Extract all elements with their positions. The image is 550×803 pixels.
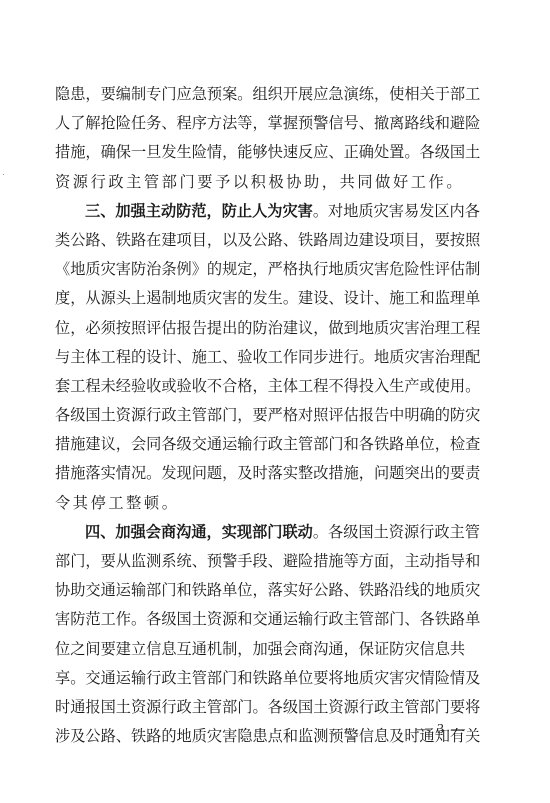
- scan-speck: [3, 174, 4, 175]
- text-line: 《地质灾害防治条例》的规定，严格执行地质灾害危险性评估制: [55, 255, 461, 284]
- text-line: 措施，确保一旦发生险情，能够快速反应、正确处置。各级国土: [55, 138, 461, 167]
- text-line: 位，必须按照评估报告提出的防治建议，做到地质灾害治理工程: [55, 314, 461, 343]
- text-line: 协助交通运输部门和铁路单位，落实好公路、铁路沿线的地质灾: [55, 576, 461, 605]
- text-line: 类公路、铁路在建项目，以及公路、铁路周边建设项目，要按照: [55, 226, 461, 255]
- document-page: 隐患，要编制专门应急预案。组织开展应急演练，使相关于部工 人了解抢险任务、程序方…: [0, 0, 550, 803]
- text-line: 令其停工整顿。: [55, 489, 461, 518]
- text-line: 隐患，要编制专门应急预案。组织开展应急演练，使相关于部工: [55, 80, 461, 109]
- text-line: 时通报国土资源行政主管部门。各级国土资源行政主管部门要将: [55, 693, 461, 722]
- section-3-first-line: 三、加强主动防范，防止人为灾害。对地质灾害易发区内各: [55, 197, 461, 226]
- text-line: 措施建议，会同各级交通运输行政主管部门和各铁路单位，检查: [55, 430, 461, 459]
- section-3-first-line-rest: 。对地质灾害易发区内各: [313, 202, 480, 220]
- text-line: 套工程未经验收或验收不合格，主体工程不得投入生产或使用。: [55, 372, 461, 401]
- text-line: 度，从源头上遏制地质灾害的发生。建设、设计、施工和监理单: [55, 284, 461, 313]
- text-line: 害防范工作。各级国土资源和交通运输行政主管部门、各铁路单: [55, 605, 461, 634]
- page-number: — 3 —: [416, 722, 465, 738]
- section-4-first-line: 四、加强会商沟通，实现部门联动。各级国土资源行政主管: [55, 518, 461, 547]
- text-line: 资源行政主管部门要予以积极协助，共同做好工作。: [55, 168, 461, 197]
- text-line: 与主体工程的设计、施工、验收工作同步进行。地质灾害治理配: [55, 343, 461, 372]
- text-line: 各级国土资源行政主管部门，要严格对照评估报告中明确的防灾: [55, 401, 461, 430]
- document-body: 隐患，要编制专门应急预案。组织开展应急演练，使相关于部工 人了解抢险任务、程序方…: [55, 80, 461, 751]
- section-4-first-line-rest: 。各级国土资源行政主管: [313, 523, 480, 541]
- section-4-heading: 四、加强会商沟通，实现部门联动: [85, 523, 313, 541]
- section-3-heading: 三、加强主动防范，防止人为灾害: [85, 202, 313, 220]
- text-line: 涉及公路、铁路的地质灾害隐患点和监测预警信息及时通知有关: [55, 722, 461, 751]
- text-line: 措施落实情况。发现问题，及时落实整改措施，问题突出的要责: [55, 459, 461, 488]
- text-line: 部门，要从监测系统、预警手段、避险措施等方面，主动指导和: [55, 547, 461, 576]
- text-line: 人了解抢险任务、程序方法等，掌握预警信号、撤离路线和避险: [55, 109, 461, 138]
- text-line: 位之间要建立信息互通机制，加强会商沟通，保证防灾信息共: [55, 635, 461, 664]
- text-line: 享。交通运输行政主管部门和铁路单位要将地质灾害灾情险情及: [55, 664, 461, 693]
